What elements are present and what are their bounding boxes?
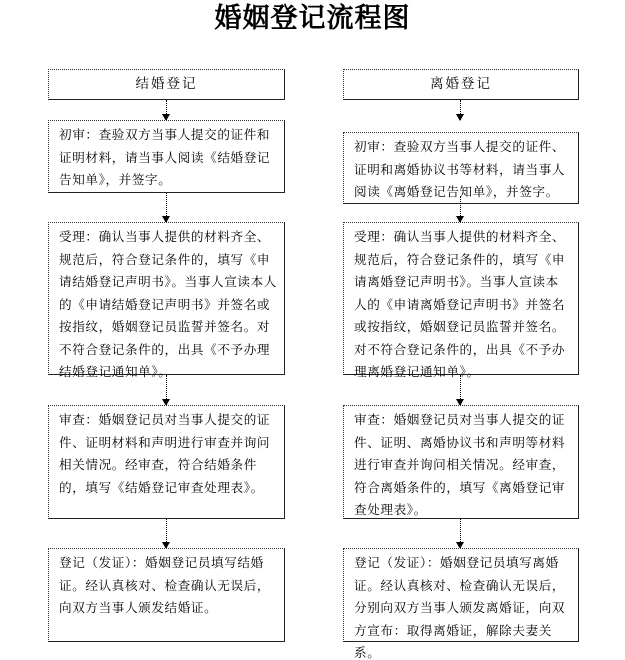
divorce-step-acceptance: 受理：确认当事人提供的材料齐全、规范后，符合登记条件的，填写《申请离婚登记声明书… [343, 222, 579, 375]
step-text: 初审：查验双方当事人提交的证件、证明和离婚协议书等材料，请当事人阅读《离婚登记告… [354, 139, 565, 199]
divorce-header-box: 离婚登记 [343, 69, 579, 100]
marriage-header-label: 结婚登记 [136, 73, 198, 96]
divorce-header-label: 离婚登记 [430, 73, 492, 96]
arrow-down-icon [460, 100, 461, 120]
divorce-step-initial-review: 初审：查验双方当事人提交的证件、证明和离婚协议书等材料，请当事人阅读《离婚登记告… [343, 132, 579, 204]
marriage-step-initial-review: 初审：查验双方当事人提交的证件和证明材料，请当事人阅读《结婚登记告知单》，并签字… [48, 120, 285, 193]
step-text: 审查：婚姻登记员对当事人提交的证件、证明材料和声明进行审查并询问相关情况。经审查… [59, 412, 270, 495]
marriage-header-box: 结婚登记 [48, 69, 285, 100]
arrow-down-icon [166, 375, 167, 405]
step-text: 受理：确认当事人提供的材料齐全、规范后，符合登记条件的，填写《申请结婚登记声明书… [59, 229, 277, 379]
arrow-down-icon [166, 100, 167, 120]
marriage-step-examination: 审查：婚姻登记员对当事人提交的证件、证明材料和声明进行审查并询问相关情况。经审查… [48, 405, 285, 519]
divorce-step-issue-certificate: 登记（发证）：婚姻登记员填写离婚证。经认真核对、检查确认无误后，分别向双方当事人… [343, 548, 579, 642]
arrow-down-icon [166, 519, 167, 548]
arrow-down-icon [460, 196, 461, 222]
step-text: 初审：查验双方当事人提交的证件和证明材料，请当事人阅读《结婚登记告知单》，并签字… [59, 127, 270, 187]
arrow-down-icon [460, 375, 461, 405]
step-text: 登记（发证）：婚姻登记员填写结婚证。经认真核对、检查确认无误后，向双方当事人颁发… [59, 555, 270, 615]
step-text: 登记（发证）：婚姻登记员填写离婚证。经认真核对、检查确认无误后，分别向双方当事人… [354, 555, 565, 660]
step-text: 审查：婚姻登记员对当事人提交的证件、证明、离婚协议书和声明等材料进行审查并询问相… [354, 412, 565, 517]
diagram-title: 婚姻登记流程图 [0, 2, 625, 36]
marriage-step-issue-certificate: 登记（发证）：婚姻登记员填写结婚证。经认真核对、检查确认无误后，向双方当事人颁发… [48, 548, 285, 642]
arrow-down-icon [166, 193, 167, 222]
step-text: 受理：确认当事人提供的材料齐全、规范后，符合登记条件的，填写《申请离婚登记声明书… [354, 229, 565, 379]
marriage-step-acceptance: 受理：确认当事人提供的材料齐全、规范后，符合登记条件的，填写《申请结婚登记声明书… [48, 222, 285, 375]
divorce-step-examination: 审查：婚姻登记员对当事人提交的证件、证明、离婚协议书和声明等材料进行审查并询问相… [343, 405, 579, 519]
arrow-down-icon [460, 519, 461, 548]
